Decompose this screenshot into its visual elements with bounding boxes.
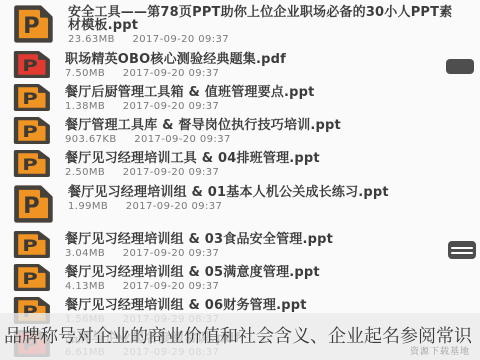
ppt-file-icon: P <box>9 149 53 178</box>
file-date: 2017-09-20 09:37 <box>123 68 220 79</box>
pdf-file-icon: P <box>9 50 53 79</box>
file-list-item[interactable]: P 餐厅见习经理培训组 & 01基本人机公关成长练习.ppt 1.99MB 20… <box>0 180 480 228</box>
file-size: 903.67KB <box>65 134 117 145</box>
svg-text:P: P <box>22 124 37 142</box>
caption-bar: 品牌称号对企业的商业价值和社会含义、企业起名参阅常识 <box>0 313 480 360</box>
file-date: 2017-09-20 09:37 <box>134 134 231 145</box>
file-name: 安全工具——第78页PPT助你上位企业职场必备的30小人PPT素材模板.ppt <box>68 6 460 32</box>
file-date: 2017-09-20 09:37 <box>133 34 230 45</box>
file-meta: 1.38MB 2017-09-20 09:37 <box>65 101 457 112</box>
watermark: 资源下载基地 <box>410 344 470 357</box>
menu-line <box>451 247 473 249</box>
file-name: 餐厅后厨管理工具箱 & 值班管理要点.ppt <box>65 86 457 99</box>
file-meta: 4.13MB 2017-09-20 09:37 <box>65 281 457 292</box>
file-list-item[interactable]: P 餐厅见习经理培训组 & 05满意度管理.ppt 4.13MB 2017-09… <box>0 261 480 294</box>
file-size: 1.99MB <box>68 201 108 212</box>
file-meta: 23.63MB 2017-09-20 09:37 <box>68 34 460 45</box>
file-list-item[interactable]: P 职场精英OBO核心测验经典题集.pdf 7.50MB 2017-09-20 … <box>0 48 480 81</box>
file-name: 餐厅见习经理培训工具 & 04排班管理.ppt <box>65 152 457 165</box>
file-size: 2.50MB <box>65 167 105 178</box>
ppt-file-icon: P <box>9 83 53 112</box>
file-meta: 2.50MB 2017-09-20 09:37 <box>65 167 457 178</box>
ppt-file-icon: P <box>9 4 56 44</box>
file-date: 2017-09-20 09:37 <box>123 248 220 259</box>
file-list-item[interactable]: P 餐厅见习经理培训工具 & 04排班管理.ppt 2.50MB 2017-09… <box>0 147 480 180</box>
svg-text:P: P <box>23 193 40 219</box>
file-name: 职场精英OBO核心测验经典题集.pdf <box>65 53 457 66</box>
file-list: P 安全工具——第78页PPT助你上位企业职场必备的30小人PPT素材模板.pp… <box>0 0 480 360</box>
file-size: 3.04MB <box>65 248 105 259</box>
svg-text:P: P <box>22 271 37 289</box>
file-name: 餐厅见习经理培训组 & 05满意度管理.ppt <box>65 266 457 279</box>
file-size: 1.38MB <box>65 101 105 112</box>
file-meta: 7.50MB 2017-09-20 09:37 <box>65 68 457 79</box>
file-list-item[interactable]: P 餐厅见习经理培训组 & 03食品安全管理.ppt 3.04MB 2017-0… <box>0 228 480 261</box>
file-list-item[interactable]: P 餐厅后厨管理工具箱 & 值班管理要点.ppt 1.38MB 2017-09-… <box>0 81 480 114</box>
ppt-file-icon: P <box>9 116 53 145</box>
file-meta: 903.67KB 2017-09-20 09:37 <box>65 134 457 145</box>
svg-text:P: P <box>22 58 37 76</box>
file-size: 7.50MB <box>65 68 105 79</box>
file-list-item[interactable]: P 餐厅管理工具库 & 督导岗位执行技巧培训.ppt 903.67KB 2017… <box>0 114 480 147</box>
svg-text:P: P <box>22 91 37 109</box>
ppt-file-icon: P <box>9 263 53 292</box>
file-date: 2017-09-20 09:37 <box>123 101 220 112</box>
menu-line <box>451 252 473 254</box>
file-meta: 3.04MB 2017-09-20 09:37 <box>65 248 457 259</box>
file-name: 餐厅见习经理培训组 & 01基本人机公关成长练习.ppt <box>68 186 460 199</box>
file-size: 23.63MB <box>68 34 115 45</box>
file-date: 2017-09-20 09:37 <box>123 167 220 178</box>
svg-text:P: P <box>22 238 37 256</box>
menu-grabber-icon[interactable] <box>448 241 476 259</box>
file-meta: 1.99MB 2017-09-20 09:37 <box>68 201 460 212</box>
ppt-file-icon: P <box>9 184 56 224</box>
file-name: 餐厅见习经理培训组 & 03食品安全管理.ppt <box>65 233 457 246</box>
file-date: 2017-09-20 09:37 <box>126 201 223 212</box>
file-date: 2017-09-20 09:37 <box>123 281 220 292</box>
file-size: 4.13MB <box>65 281 105 292</box>
ppt-file-icon: P <box>9 230 53 259</box>
file-name: 餐厅见习经理培训组 & 06财务管理.ppt <box>65 299 457 312</box>
svg-text:P: P <box>23 13 40 39</box>
svg-text:P: P <box>22 157 37 175</box>
caption-text: 品牌称号对企业的商业价值和社会含义、企业起名参阅常识 <box>0 326 472 348</box>
file-list-item[interactable]: P 安全工具——第78页PPT助你上位企业职场必备的30小人PPT素材模板.pp… <box>0 0 480 48</box>
file-name: 餐厅管理工具库 & 督导岗位执行技巧培训.ppt <box>65 119 457 132</box>
file-list-screen: P 安全工具——第78页PPT助你上位企业职场必备的30小人PPT素材模板.pp… <box>0 0 480 360</box>
scrollbar-thumb[interactable] <box>446 59 474 74</box>
